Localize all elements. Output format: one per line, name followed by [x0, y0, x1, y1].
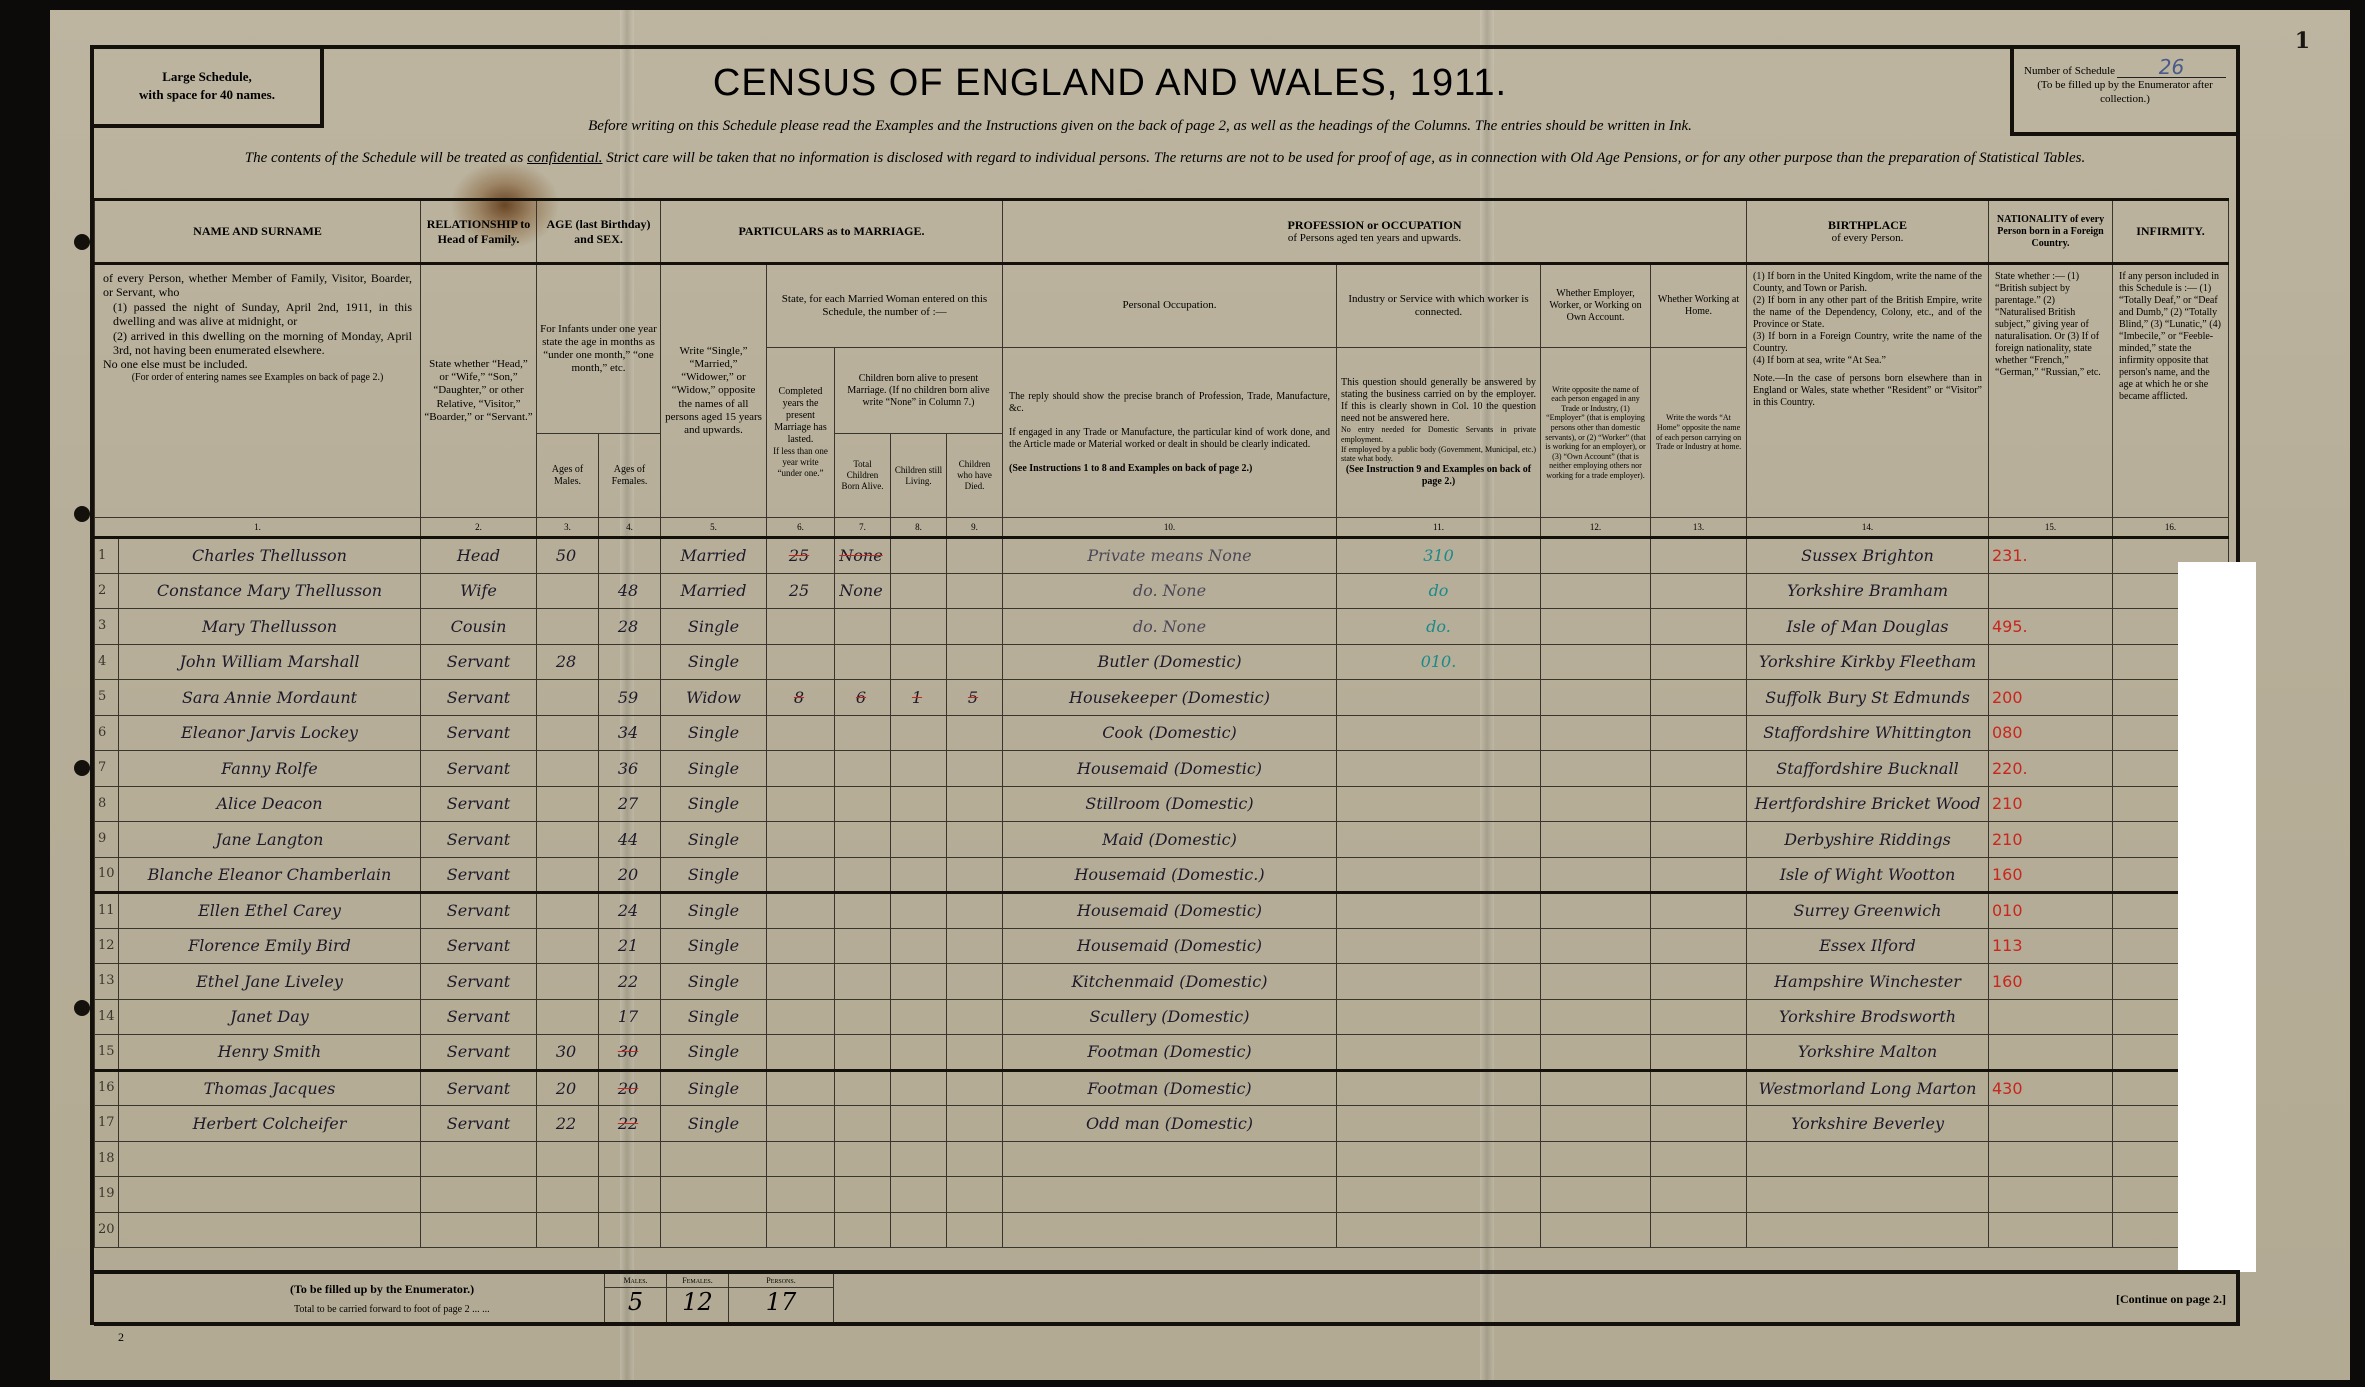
age-male-cell[interactable]: [537, 573, 599, 609]
relationship-cell[interactable]: Servant: [421, 893, 537, 929]
at-home-cell[interactable]: [1651, 680, 1747, 716]
marital-cell[interactable]: Single: [661, 609, 767, 645]
total-children-cell[interactable]: [835, 609, 891, 645]
relationship-cell[interactable]: Servant: [421, 786, 537, 822]
nationality-cell[interactable]: 430: [1989, 1070, 2113, 1106]
total-children-cell[interactable]: [835, 1212, 891, 1248]
occupation-cell[interactable]: Housemaid (Domestic): [1003, 751, 1337, 787]
name-cell[interactable]: Jane Langton: [119, 822, 421, 858]
age-female-cell[interactable]: 17: [599, 999, 661, 1035]
marital-cell[interactable]: Single: [661, 928, 767, 964]
nationality-cell[interactable]: [1989, 644, 2113, 680]
birthplace-cell[interactable]: Yorkshire Kirkby Fleetham: [1747, 644, 1989, 680]
nationality-cell[interactable]: 080: [1989, 715, 2113, 751]
relationship-cell[interactable]: Servant: [421, 1070, 537, 1106]
children-died-cell[interactable]: [947, 1106, 1003, 1142]
industry-cell[interactable]: [1337, 928, 1541, 964]
children-living-cell[interactable]: [891, 573, 947, 609]
age-female-cell[interactable]: 24: [599, 893, 661, 929]
relationship-cell[interactable]: Wife: [421, 573, 537, 609]
age-female-cell[interactable]: [599, 1212, 661, 1248]
at-home-cell[interactable]: [1651, 1106, 1747, 1142]
total-children-cell[interactable]: [835, 964, 891, 1000]
occupation-cell[interactable]: Stillroom (Domestic): [1003, 786, 1337, 822]
relationship-cell[interactable]: Head: [421, 538, 537, 574]
marital-cell[interactable]: Single: [661, 786, 767, 822]
occupation-cell[interactable]: Private means None: [1003, 538, 1337, 574]
birthplace-cell[interactable]: Westmorland Long Marton: [1747, 1070, 1989, 1106]
total-children-cell[interactable]: 6: [835, 680, 891, 716]
children-died-cell[interactable]: [947, 1212, 1003, 1248]
total-children-cell[interactable]: [835, 822, 891, 858]
industry-cell[interactable]: [1337, 1177, 1541, 1213]
age-male-cell[interactable]: [537, 999, 599, 1035]
industry-cell[interactable]: 010.: [1337, 644, 1541, 680]
total-females-value[interactable]: 12: [667, 1288, 728, 1316]
employer-cell[interactable]: [1541, 893, 1651, 929]
age-male-cell[interactable]: [537, 822, 599, 858]
marital-cell[interactable]: Single: [661, 822, 767, 858]
industry-cell[interactable]: 310: [1337, 538, 1541, 574]
employer-cell[interactable]: [1541, 822, 1651, 858]
employer-cell[interactable]: [1541, 1106, 1651, 1142]
at-home-cell[interactable]: [1651, 538, 1747, 574]
occupation-cell[interactable]: Footman (Domestic): [1003, 1035, 1337, 1071]
relationship-cell[interactable]: Servant: [421, 715, 537, 751]
occupation-cell[interactable]: Cook (Domestic): [1003, 715, 1337, 751]
name-cell[interactable]: Sara Annie Mordaunt: [119, 680, 421, 716]
birthplace-cell[interactable]: [1747, 1177, 1989, 1213]
children-died-cell[interactable]: 5: [947, 680, 1003, 716]
marital-cell[interactable]: Married: [661, 538, 767, 574]
relationship-cell[interactable]: Servant: [421, 928, 537, 964]
name-cell[interactable]: Henry Smith: [119, 1035, 421, 1071]
birthplace-cell[interactable]: Staffordshire Whittington: [1747, 715, 1989, 751]
employer-cell[interactable]: [1541, 786, 1651, 822]
employer-cell[interactable]: [1541, 1177, 1651, 1213]
years-married-cell[interactable]: [767, 1212, 835, 1248]
total-children-cell[interactable]: [835, 786, 891, 822]
relationship-cell[interactable]: Servant: [421, 857, 537, 893]
employer-cell[interactable]: [1541, 1035, 1651, 1071]
at-home-cell[interactable]: [1651, 715, 1747, 751]
employer-cell[interactable]: [1541, 573, 1651, 609]
total-children-cell[interactable]: [835, 893, 891, 929]
at-home-cell[interactable]: [1651, 751, 1747, 787]
name-cell[interactable]: Mary Thellusson: [119, 609, 421, 645]
name-cell[interactable]: [119, 1177, 421, 1213]
children-living-cell[interactable]: [891, 822, 947, 858]
age-male-cell[interactable]: [537, 751, 599, 787]
relationship-cell[interactable]: Servant: [421, 751, 537, 787]
children-died-cell[interactable]: [947, 999, 1003, 1035]
total-children-cell[interactable]: [835, 928, 891, 964]
age-male-cell[interactable]: [537, 893, 599, 929]
children-died-cell[interactable]: [947, 1141, 1003, 1177]
total-children-cell[interactable]: [835, 999, 891, 1035]
age-female-cell[interactable]: 20: [599, 857, 661, 893]
total-children-cell[interactable]: None: [835, 573, 891, 609]
nationality-cell[interactable]: [1989, 1212, 2113, 1248]
marital-cell[interactable]: Single: [661, 999, 767, 1035]
age-male-cell[interactable]: [537, 1212, 599, 1248]
at-home-cell[interactable]: [1651, 964, 1747, 1000]
marital-cell[interactable]: Single: [661, 857, 767, 893]
name-cell[interactable]: Ellen Ethel Carey: [119, 893, 421, 929]
children-living-cell[interactable]: [891, 751, 947, 787]
age-female-cell[interactable]: 22: [599, 1106, 661, 1142]
years-married-cell[interactable]: 8: [767, 680, 835, 716]
years-married-cell[interactable]: [767, 751, 835, 787]
occupation-cell[interactable]: Scullery (Domestic): [1003, 999, 1337, 1035]
industry-cell[interactable]: [1337, 964, 1541, 1000]
industry-cell[interactable]: [1337, 1035, 1541, 1071]
industry-cell[interactable]: [1337, 1141, 1541, 1177]
nationality-cell[interactable]: 010: [1989, 893, 2113, 929]
at-home-cell[interactable]: [1651, 786, 1747, 822]
age-male-cell[interactable]: [537, 680, 599, 716]
age-male-cell[interactable]: [537, 964, 599, 1000]
employer-cell[interactable]: [1541, 644, 1651, 680]
age-male-cell[interactable]: [537, 786, 599, 822]
years-married-cell[interactable]: [767, 857, 835, 893]
children-living-cell[interactable]: [891, 1106, 947, 1142]
total-children-cell[interactable]: [835, 1106, 891, 1142]
employer-cell[interactable]: [1541, 715, 1651, 751]
industry-cell[interactable]: [1337, 893, 1541, 929]
employer-cell[interactable]: [1541, 1212, 1651, 1248]
age-female-cell[interactable]: 28: [599, 609, 661, 645]
years-married-cell[interactable]: [767, 1035, 835, 1071]
marital-cell[interactable]: [661, 1212, 767, 1248]
relationship-cell[interactable]: Servant: [421, 644, 537, 680]
industry-cell[interactable]: [1337, 715, 1541, 751]
marital-cell[interactable]: Single: [661, 964, 767, 1000]
age-female-cell[interactable]: [599, 1177, 661, 1213]
marital-cell[interactable]: Single: [661, 1035, 767, 1071]
nationality-cell[interactable]: 200: [1989, 680, 2113, 716]
employer-cell[interactable]: [1541, 964, 1651, 1000]
birthplace-cell[interactable]: [1747, 1212, 1989, 1248]
at-home-cell[interactable]: [1651, 822, 1747, 858]
occupation-cell[interactable]: Butler (Domestic): [1003, 644, 1337, 680]
age-female-cell[interactable]: [599, 1141, 661, 1177]
children-living-cell[interactable]: [891, 857, 947, 893]
total-children-cell[interactable]: [835, 1177, 891, 1213]
name-cell[interactable]: Constance Mary Thellusson: [119, 573, 421, 609]
children-living-cell[interactable]: [891, 928, 947, 964]
children-died-cell[interactable]: [947, 644, 1003, 680]
years-married-cell[interactable]: [767, 644, 835, 680]
age-male-cell[interactable]: 22: [537, 1106, 599, 1142]
nationality-cell[interactable]: [1989, 1177, 2113, 1213]
total-children-cell[interactable]: [835, 751, 891, 787]
industry-cell[interactable]: [1337, 1070, 1541, 1106]
at-home-cell[interactable]: [1651, 999, 1747, 1035]
children-living-cell[interactable]: [891, 786, 947, 822]
occupation-cell[interactable]: Housemaid (Domestic.): [1003, 857, 1337, 893]
birthplace-cell[interactable]: Staffordshire Bucknall: [1747, 751, 1989, 787]
children-living-cell[interactable]: 1: [891, 680, 947, 716]
name-cell[interactable]: Janet Day: [119, 999, 421, 1035]
years-married-cell[interactable]: [767, 822, 835, 858]
nationality-cell[interactable]: 113: [1989, 928, 2113, 964]
age-male-cell[interactable]: 50: [537, 538, 599, 574]
employer-cell[interactable]: [1541, 1070, 1651, 1106]
children-died-cell[interactable]: [947, 573, 1003, 609]
occupation-cell[interactable]: Footman (Domestic): [1003, 1070, 1337, 1106]
age-female-cell[interactable]: 27: [599, 786, 661, 822]
occupation-cell[interactable]: Housemaid (Domestic): [1003, 893, 1337, 929]
occupation-cell[interactable]: do. None: [1003, 573, 1337, 609]
relationship-cell[interactable]: [421, 1212, 537, 1248]
occupation-cell[interactable]: Maid (Domestic): [1003, 822, 1337, 858]
name-cell[interactable]: Florence Emily Bird: [119, 928, 421, 964]
relationship-cell[interactable]: Servant: [421, 964, 537, 1000]
relationship-cell[interactable]: Servant: [421, 999, 537, 1035]
industry-cell[interactable]: [1337, 857, 1541, 893]
occupation-cell[interactable]: Housekeeper (Domestic): [1003, 680, 1337, 716]
children-living-cell[interactable]: [891, 1070, 947, 1106]
name-cell[interactable]: Thomas Jacques: [119, 1070, 421, 1106]
nationality-cell[interactable]: 220.: [1989, 751, 2113, 787]
birthplace-cell[interactable]: Surrey Greenwich: [1747, 893, 1989, 929]
nationality-cell[interactable]: [1989, 999, 2113, 1035]
nationality-cell[interactable]: 495.: [1989, 609, 2113, 645]
total-persons-value[interactable]: 17: [729, 1288, 833, 1316]
marital-cell[interactable]: Single: [661, 715, 767, 751]
age-female-cell[interactable]: [599, 644, 661, 680]
age-male-cell[interactable]: [537, 609, 599, 645]
years-married-cell[interactable]: [767, 964, 835, 1000]
nationality-cell[interactable]: 210: [1989, 822, 2113, 858]
children-died-cell[interactable]: [947, 609, 1003, 645]
schedule-number-value[interactable]: 26: [2117, 56, 2226, 78]
birthplace-cell[interactable]: Isle of Man Douglas: [1747, 609, 1989, 645]
employer-cell[interactable]: [1541, 928, 1651, 964]
years-married-cell[interactable]: 25: [767, 538, 835, 574]
birthplace-cell[interactable]: Yorkshire Beverley: [1747, 1106, 1989, 1142]
years-married-cell[interactable]: [767, 609, 835, 645]
birthplace-cell[interactable]: Hampshire Winchester: [1747, 964, 1989, 1000]
birthplace-cell[interactable]: Sussex Brighton: [1747, 538, 1989, 574]
occupation-cell[interactable]: Odd man (Domestic): [1003, 1106, 1337, 1142]
years-married-cell[interactable]: [767, 1177, 835, 1213]
nationality-cell[interactable]: [1989, 573, 2113, 609]
nationality-cell[interactable]: [1989, 1141, 2113, 1177]
age-female-cell[interactable]: 44: [599, 822, 661, 858]
name-cell[interactable]: Alice Deacon: [119, 786, 421, 822]
birthplace-cell[interactable]: Hertfordshire Bricket Wood: [1747, 786, 1989, 822]
birthplace-cell[interactable]: Yorkshire Bramham: [1747, 573, 1989, 609]
occupation-cell[interactable]: Kitchenmaid (Domestic): [1003, 964, 1337, 1000]
years-married-cell[interactable]: [767, 1141, 835, 1177]
age-male-cell[interactable]: 28: [537, 644, 599, 680]
industry-cell[interactable]: do: [1337, 573, 1541, 609]
birthplace-cell[interactable]: Derbyshire Riddings: [1747, 822, 1989, 858]
name-cell[interactable]: [119, 1212, 421, 1248]
occupation-cell[interactable]: [1003, 1177, 1337, 1213]
total-children-cell[interactable]: [835, 1035, 891, 1071]
children-living-cell[interactable]: [891, 964, 947, 1000]
children-died-cell[interactable]: [947, 964, 1003, 1000]
age-female-cell[interactable]: 59: [599, 680, 661, 716]
nationality-cell[interactable]: [1989, 1106, 2113, 1142]
children-died-cell[interactable]: [947, 857, 1003, 893]
name-cell[interactable]: Fanny Rolfe: [119, 751, 421, 787]
birthplace-cell[interactable]: [1747, 1141, 1989, 1177]
children-died-cell[interactable]: [947, 1177, 1003, 1213]
children-living-cell[interactable]: [891, 538, 947, 574]
industry-cell[interactable]: [1337, 786, 1541, 822]
years-married-cell[interactable]: [767, 893, 835, 929]
at-home-cell[interactable]: [1651, 857, 1747, 893]
name-cell[interactable]: Herbert Colcheifer: [119, 1106, 421, 1142]
total-children-cell[interactable]: [835, 715, 891, 751]
employer-cell[interactable]: [1541, 538, 1651, 574]
children-died-cell[interactable]: [947, 715, 1003, 751]
age-female-cell[interactable]: 21: [599, 928, 661, 964]
children-died-cell[interactable]: [947, 538, 1003, 574]
industry-cell[interactable]: [1337, 680, 1541, 716]
years-married-cell[interactable]: [767, 999, 835, 1035]
age-male-cell[interactable]: [537, 1177, 599, 1213]
age-male-cell[interactable]: 30: [537, 1035, 599, 1071]
birthplace-cell[interactable]: Yorkshire Malton: [1747, 1035, 1989, 1071]
marital-cell[interactable]: Single: [661, 751, 767, 787]
marital-cell[interactable]: Single: [661, 1070, 767, 1106]
employer-cell[interactable]: [1541, 609, 1651, 645]
relationship-cell[interactable]: Servant: [421, 680, 537, 716]
nationality-cell[interactable]: 231.: [1989, 538, 2113, 574]
nationality-cell[interactable]: 160: [1989, 964, 2113, 1000]
marital-cell[interactable]: Single: [661, 644, 767, 680]
marital-cell[interactable]: Widow: [661, 680, 767, 716]
relationship-cell[interactable]: Servant: [421, 822, 537, 858]
children-living-cell[interactable]: [891, 609, 947, 645]
industry-cell[interactable]: [1337, 999, 1541, 1035]
years-married-cell[interactable]: [767, 1070, 835, 1106]
children-living-cell[interactable]: [891, 1141, 947, 1177]
age-female-cell[interactable]: 20: [599, 1070, 661, 1106]
children-died-cell[interactable]: [947, 751, 1003, 787]
industry-cell[interactable]: do.: [1337, 609, 1541, 645]
birthplace-cell[interactable]: Yorkshire Brodsworth: [1747, 999, 1989, 1035]
total-children-cell[interactable]: [835, 857, 891, 893]
relationship-cell[interactable]: Servant: [421, 1106, 537, 1142]
employer-cell[interactable]: [1541, 1141, 1651, 1177]
name-cell[interactable]: Blanche Eleanor Chamberlain: [119, 857, 421, 893]
at-home-cell[interactable]: [1651, 893, 1747, 929]
children-living-cell[interactable]: [891, 1177, 947, 1213]
name-cell[interactable]: [119, 1141, 421, 1177]
at-home-cell[interactable]: [1651, 1212, 1747, 1248]
at-home-cell[interactable]: [1651, 644, 1747, 680]
years-married-cell[interactable]: [767, 786, 835, 822]
children-living-cell[interactable]: [891, 1035, 947, 1071]
marital-cell[interactable]: Single: [661, 893, 767, 929]
at-home-cell[interactable]: [1651, 928, 1747, 964]
children-living-cell[interactable]: [891, 999, 947, 1035]
marital-cell[interactable]: Single: [661, 1106, 767, 1142]
at-home-cell[interactable]: [1651, 1141, 1747, 1177]
marital-cell[interactable]: [661, 1177, 767, 1213]
employer-cell[interactable]: [1541, 680, 1651, 716]
children-living-cell[interactable]: [891, 715, 947, 751]
children-living-cell[interactable]: [891, 893, 947, 929]
industry-cell[interactable]: [1337, 822, 1541, 858]
nationality-cell[interactable]: 160: [1989, 857, 2113, 893]
age-male-cell[interactable]: [537, 928, 599, 964]
industry-cell[interactable]: [1337, 1212, 1541, 1248]
age-male-cell[interactable]: [537, 857, 599, 893]
years-married-cell[interactable]: [767, 715, 835, 751]
industry-cell[interactable]: [1337, 1106, 1541, 1142]
children-living-cell[interactable]: [891, 1212, 947, 1248]
at-home-cell[interactable]: [1651, 1070, 1747, 1106]
children-living-cell[interactable]: [891, 644, 947, 680]
total-children-cell[interactable]: [835, 644, 891, 680]
children-died-cell[interactable]: [947, 1035, 1003, 1071]
occupation-cell[interactable]: do. None: [1003, 609, 1337, 645]
birthplace-cell[interactable]: Isle of Wight Wootton: [1747, 857, 1989, 893]
relationship-cell[interactable]: Cousin: [421, 609, 537, 645]
at-home-cell[interactable]: [1651, 1177, 1747, 1213]
total-males-value[interactable]: 5: [605, 1288, 666, 1316]
name-cell[interactable]: John William Marshall: [119, 644, 421, 680]
children-died-cell[interactable]: [947, 893, 1003, 929]
occupation-cell[interactable]: Housemaid (Domestic): [1003, 928, 1337, 964]
at-home-cell[interactable]: [1651, 609, 1747, 645]
name-cell[interactable]: Ethel Jane Liveley: [119, 964, 421, 1000]
employer-cell[interactable]: [1541, 751, 1651, 787]
relationship-cell[interactable]: Servant: [421, 1035, 537, 1071]
birthplace-cell[interactable]: Suffolk Bury St Edmunds: [1747, 680, 1989, 716]
age-female-cell[interactable]: 34: [599, 715, 661, 751]
age-male-cell[interactable]: 20: [537, 1070, 599, 1106]
occupation-cell[interactable]: [1003, 1212, 1337, 1248]
birthplace-cell[interactable]: Essex Ilford: [1747, 928, 1989, 964]
at-home-cell[interactable]: [1651, 573, 1747, 609]
total-children-cell[interactable]: [835, 1070, 891, 1106]
children-died-cell[interactable]: [947, 822, 1003, 858]
years-married-cell[interactable]: [767, 928, 835, 964]
nationality-cell[interactable]: [1989, 1035, 2113, 1071]
age-female-cell[interactable]: 48: [599, 573, 661, 609]
children-died-cell[interactable]: [947, 786, 1003, 822]
marital-cell[interactable]: [661, 1141, 767, 1177]
years-married-cell[interactable]: [767, 1106, 835, 1142]
relationship-cell[interactable]: [421, 1177, 537, 1213]
name-cell[interactable]: Eleanor Jarvis Lockey: [119, 715, 421, 751]
employer-cell[interactable]: [1541, 857, 1651, 893]
marital-cell[interactable]: Married: [661, 573, 767, 609]
age-male-cell[interactable]: [537, 715, 599, 751]
age-female-cell[interactable]: 30: [599, 1035, 661, 1071]
name-cell[interactable]: Charles Thellusson: [119, 538, 421, 574]
at-home-cell[interactable]: [1651, 1035, 1747, 1071]
employer-cell[interactable]: [1541, 999, 1651, 1035]
age-female-cell[interactable]: 22: [599, 964, 661, 1000]
nationality-cell[interactable]: 210: [1989, 786, 2113, 822]
age-female-cell[interactable]: 36: [599, 751, 661, 787]
relationship-cell[interactable]: [421, 1141, 537, 1177]
total-children-cell[interactable]: [835, 1141, 891, 1177]
children-died-cell[interactable]: [947, 1070, 1003, 1106]
age-female-cell[interactable]: [599, 538, 661, 574]
occupation-cell[interactable]: [1003, 1141, 1337, 1177]
total-children-cell[interactable]: None: [835, 538, 891, 574]
